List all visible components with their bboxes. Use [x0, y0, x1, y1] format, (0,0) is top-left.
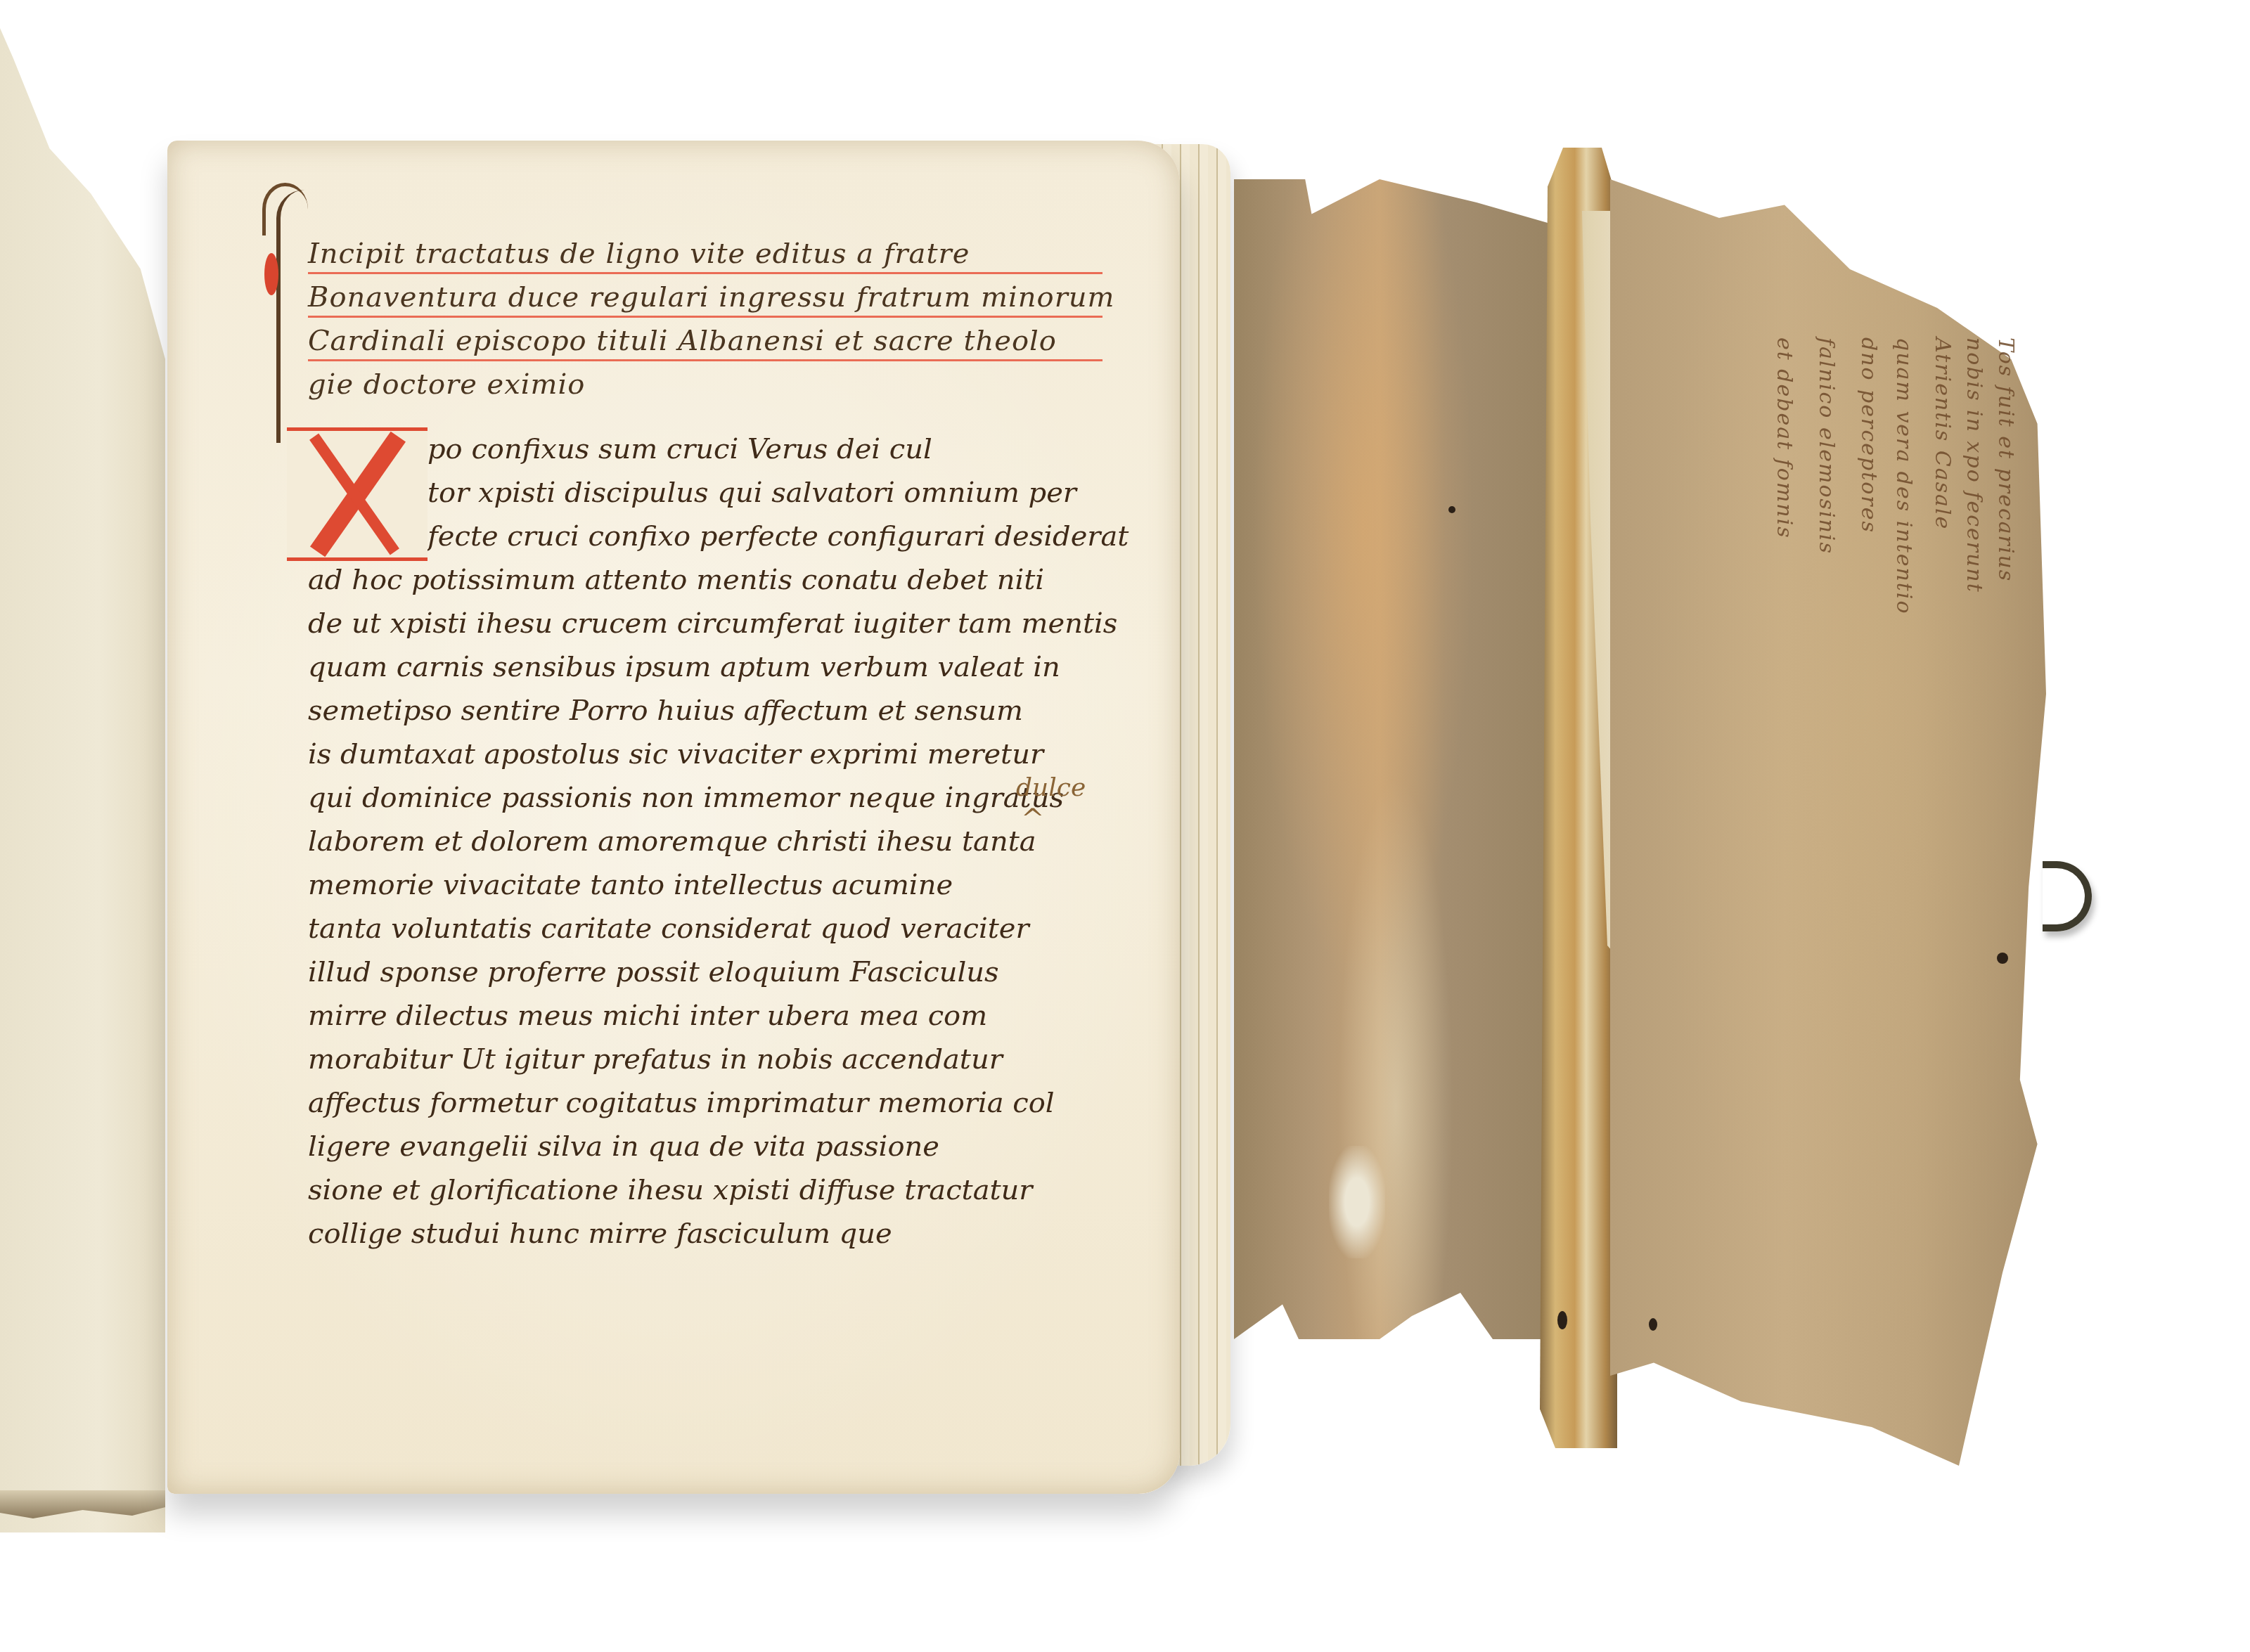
body-line: ligere evangelii silva in qua de vita pa…: [308, 1125, 1194, 1168]
body-line: tanta voluntatis caritate considerat quo…: [308, 907, 1194, 950]
body-line: po confixus sum cruci Verus dei cul: [308, 427, 1194, 471]
insertion-caret-icon: ^: [1021, 803, 1045, 835]
cover-text-line: falnico elemosinis: [1814, 337, 1839, 555]
rubric-line: Incipit tractatus de ligno vite editus a…: [308, 232, 1194, 276]
body-line: sione et glorificatione ihesu xpisti dif…: [308, 1168, 1194, 1212]
body-line: laborem et dolorem amoremque christi ihe…: [308, 820, 1194, 863]
initial-x-bottom-bar: [287, 557, 427, 561]
cover-text-line: quam vera des intentio: [1891, 337, 1916, 615]
margin-annotation: dulce: [1016, 773, 1086, 802]
left-blank-leaf: [0, 28, 165, 1532]
cover-text-line: dno perceptores: [1856, 337, 1881, 534]
initial-x-top-bar: [287, 427, 427, 431]
spine-pale-stain: [1329, 1146, 1385, 1258]
body-line: is dumtaxat apostolus sic vivaciter expr…: [308, 733, 1194, 776]
body-line: de ut xpisti ihesu crucem circumferat iu…: [308, 602, 1194, 645]
body-line: quam carnis sensibus ipsum aptum verbum …: [308, 645, 1194, 689]
body-line: collige studui hunc mirre fasciculum que: [308, 1212, 1194, 1256]
rubric-heading: Incipit tractatus de ligno vite editus a…: [308, 232, 1194, 406]
body-line: memorie vivacitate tanto intellectus acu…: [308, 863, 1194, 907]
body-line: semetipso sentire Porro huius affectum e…: [308, 689, 1194, 733]
body-text: po confixus sum cruci Verus dei cul tor …: [308, 427, 1194, 1256]
wormhole: [1649, 1318, 1657, 1331]
body-line: illud sponse proferre possit eloquium Fa…: [308, 950, 1194, 994]
wormhole: [1997, 953, 2008, 964]
body-line: fecte cruci confixo perfecte configurari…: [308, 515, 1194, 558]
cover-text-line: nobis in xpo fecerunt: [1962, 337, 1986, 593]
cover-text-line: Atrientis Casale: [1930, 337, 1955, 530]
metal-ring-clasp-icon: [2043, 861, 2092, 931]
initial-x-red-icon: [287, 427, 427, 561]
parchment-spine: [1234, 179, 1557, 1339]
initial-i-red-touch-icon: [264, 253, 278, 295]
rubric-line: Cardinali episcopo tituli Albanensi et s…: [308, 319, 1194, 363]
rubric-line: gie doctore eximio: [308, 363, 1194, 406]
body-line: ad hoc potissimum attento mentis conatu …: [308, 558, 1194, 602]
wormhole: [1448, 506, 1455, 513]
body-line: affectus formetur cogitatus imprimatur m…: [308, 1081, 1194, 1125]
body-line: morabitur Ut igitur prefatus in nobis ac…: [308, 1038, 1194, 1081]
body-line: tor xpisti discipulus qui salvatori omni…: [308, 471, 1194, 515]
rubric-line: Bonaventura duce regulari ingressu fratr…: [308, 276, 1194, 319]
cover-text-line: et debeat fomnis: [1772, 337, 1796, 539]
text-block: Incipit tractatus de ligno vite editus a…: [308, 232, 1194, 1256]
wormhole: [1557, 1311, 1567, 1329]
body-line: mirre dilectus meus michi inter ubera me…: [308, 994, 1194, 1038]
cover-text-line: Tos fuit et precarius: [1993, 337, 2018, 582]
